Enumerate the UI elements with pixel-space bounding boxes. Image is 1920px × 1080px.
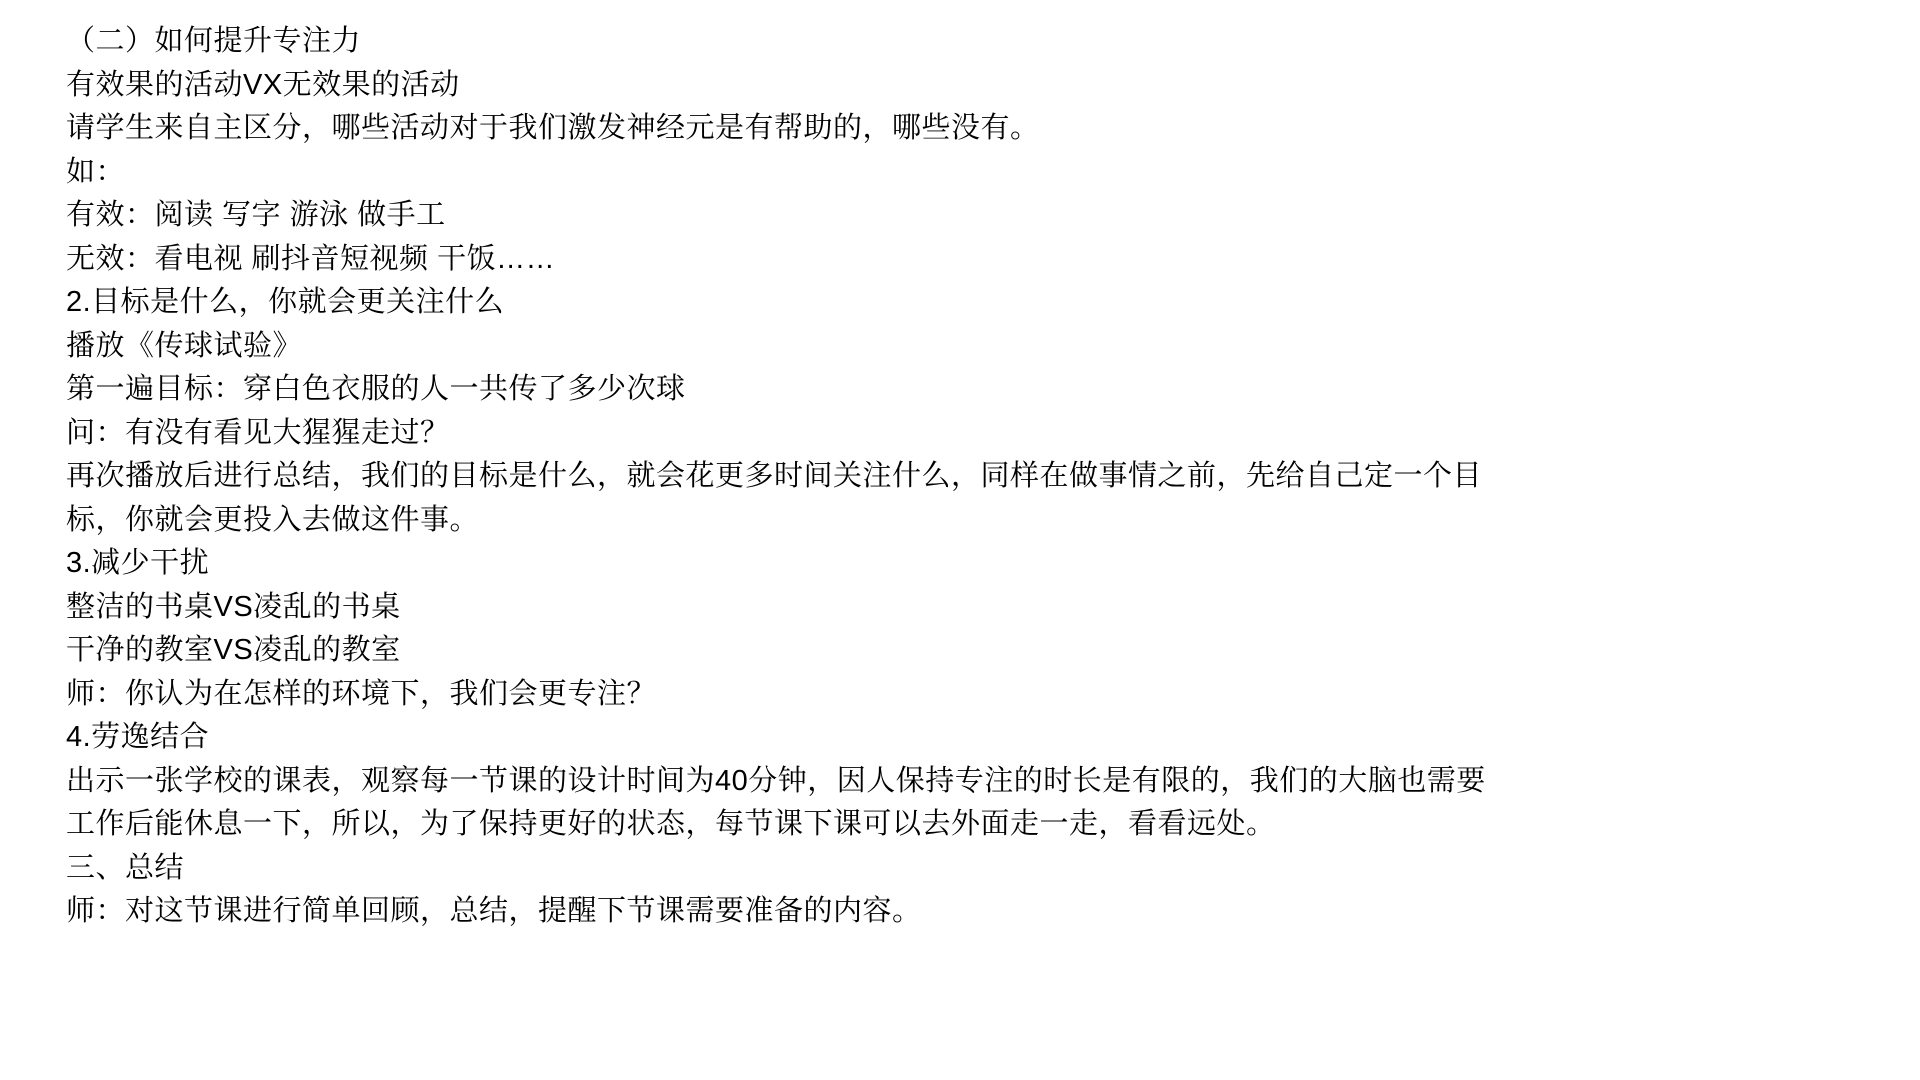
text-line: 整洁的书桌VS凌乱的书桌 — [66, 586, 1866, 630]
text-line: 问：有没有看见大猩猩走过？ — [66, 412, 1866, 456]
text-line: 无效：看电视 刷抖音短视频 干饭…… — [66, 238, 1866, 282]
text-line: 师：你认为在怎样的环境下，我们会更专注？ — [66, 673, 1866, 717]
text-line: 出示一张学校的课表，观察每一节课的设计时间为40分钟，因人保持专注的时长是有限的… — [66, 760, 1866, 804]
text-line: 有效：阅读 写字 游泳 做手工 — [66, 194, 1866, 238]
text-line-section-heading: 三、总结 — [66, 847, 1866, 891]
text-line: 标，你就会更投入去做这件事。 — [66, 499, 1866, 543]
document-page: （二）如何提升专注力 有效果的活动VX无效果的活动 请学生来自主区分，哪些活动对… — [0, 0, 1920, 1080]
text-line: 干净的教室VS凌乱的教室 — [66, 629, 1866, 673]
text-line: 师：对这节课进行简单回顾，总结，提醒下节课需要准备的内容。 — [66, 890, 1866, 934]
text-line: 第一遍目标：穿白色衣服的人一共传了多少次球 — [66, 368, 1866, 412]
text-line: 再次播放后进行总结，我们的目标是什么，就会花更多时间关注什么，同样在做事情之前，… — [66, 455, 1866, 499]
document-text-block: （二）如何提升专注力 有效果的活动VX无效果的活动 请学生来自主区分，哪些活动对… — [66, 20, 1866, 934]
text-line-point-2: 2.目标是什么，你就会更关注什么 — [66, 281, 1866, 325]
text-line: 有效果的活动VX无效果的活动 — [66, 64, 1866, 108]
text-line: 工作后能休息一下，所以，为了保持更好的状态，每节课下课可以去外面走一走，看看远处… — [66, 803, 1866, 847]
text-line-section-heading: （二）如何提升专注力 — [66, 20, 1866, 64]
text-line-point-4: 4.劳逸结合 — [66, 716, 1866, 760]
text-line: 播放《传球试验》 — [66, 325, 1866, 369]
text-line: 如： — [66, 151, 1866, 195]
text-line-point-3: 3.减少干扰 — [66, 542, 1866, 586]
text-line: 请学生来自主区分，哪些活动对于我们激发神经元是有帮助的，哪些没有。 — [66, 107, 1866, 151]
